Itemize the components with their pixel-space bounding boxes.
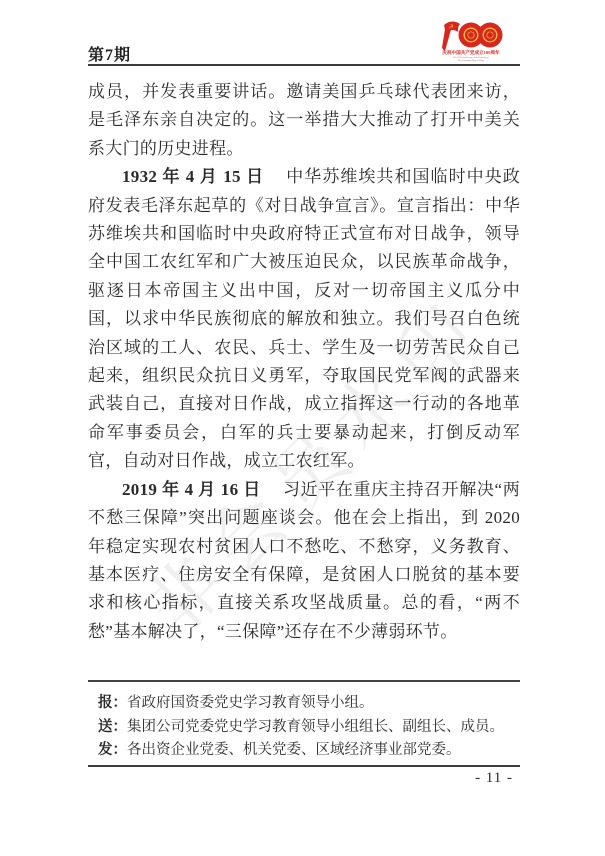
logo-caption-en-1: The 100th Anniversary of the Founding of bbox=[453, 56, 489, 59]
paragraph-continuation: 成员，并发表重要讲话。邀请美国乒乓球代表团来访，是毛泽东亲自决定的。这一举措大大… bbox=[88, 78, 520, 163]
paragraph-2019-entry: 2019 年 4 月 16 日习近平在重庆主持召开解决“两不愁三保障”突出问题座… bbox=[88, 476, 520, 646]
footer-divider-top bbox=[88, 680, 520, 682]
distribution-label: 发： bbox=[98, 742, 127, 758]
distribution-line-report: 报：省政府国资委党史学习教育领导小组。 bbox=[98, 692, 520, 716]
distribution-text: 集团公司党委党史学习教育领导小组组长、副组长、成员。 bbox=[127, 719, 504, 735]
distribution-label: 送： bbox=[98, 719, 127, 735]
document-body: 成员，并发表重要讲话。邀请美国乒乓球代表团来访，是毛泽东亲自决定的。这一举措大大… bbox=[88, 78, 520, 646]
logo-flag-icon: ☭ bbox=[442, 21, 460, 51]
distribution-text: 省政府国资委党史学习教育领导小组。 bbox=[127, 695, 374, 711]
logo-zeros-icon bbox=[459, 23, 503, 48]
logo-caption-en-2: The Communist Party of China bbox=[458, 59, 484, 62]
page-number: - 11 - bbox=[88, 770, 520, 787]
entry-date: 2019 年 4 月 16 日 bbox=[122, 480, 261, 499]
distribution-line-issue: 发：各出资企业党委、机关党委、区域经济事业部党委。 bbox=[98, 739, 520, 763]
document-page: 第7期 ☭ 庆祝中国共产党成立100周年 The 100th Anniversa… bbox=[0, 0, 605, 856]
paragraph-text: 中华苏维埃共和国临时中央政府发表毛泽东起草的《对日战争宣言》。宣言指出：中华苏维… bbox=[88, 167, 520, 470]
paragraph-1932-entry: 1932 年 4 月 15 日中华苏维埃共和国临时中央政府发表毛泽东起草的《对日… bbox=[88, 163, 520, 475]
footer-divider-bottom bbox=[88, 765, 520, 767]
entry-date: 1932 年 4 月 15 日 bbox=[122, 167, 264, 186]
issue-label: 第7期 bbox=[88, 42, 131, 65]
distribution-label: 报： bbox=[98, 695, 127, 711]
logo-caption-cn: 庆祝中国共产党成立100周年 bbox=[442, 49, 500, 56]
paragraph-text: 习近平在重庆主持召开解决“两不愁三保障”突出问题座谈会。他在会上指出，到 202… bbox=[88, 480, 520, 641]
distribution-line-send: 送：集团公司党委党史学习教育领导小组组长、副组长、成员。 bbox=[98, 716, 520, 740]
paragraph-text: 成员，并发表重要讲话。邀请美国乒乓球代表团来访，是毛泽东亲自决定的。这一举措大大… bbox=[88, 82, 520, 158]
svg-text:☭: ☭ bbox=[448, 24, 453, 31]
distribution-text: 各出资企业党委、机关党委、区域经济事业部党委。 bbox=[127, 742, 461, 758]
distribution-list: 报：省政府国资委党史学习教育领导小组。 送：集团公司党委党史学习教育领导小组组长… bbox=[88, 692, 520, 763]
cpc-100th-anniversary-logo-icon: ☭ 庆祝中国共产党成立100周年 The 100th Anniversary o… bbox=[437, 16, 505, 64]
header-divider bbox=[88, 64, 520, 66]
